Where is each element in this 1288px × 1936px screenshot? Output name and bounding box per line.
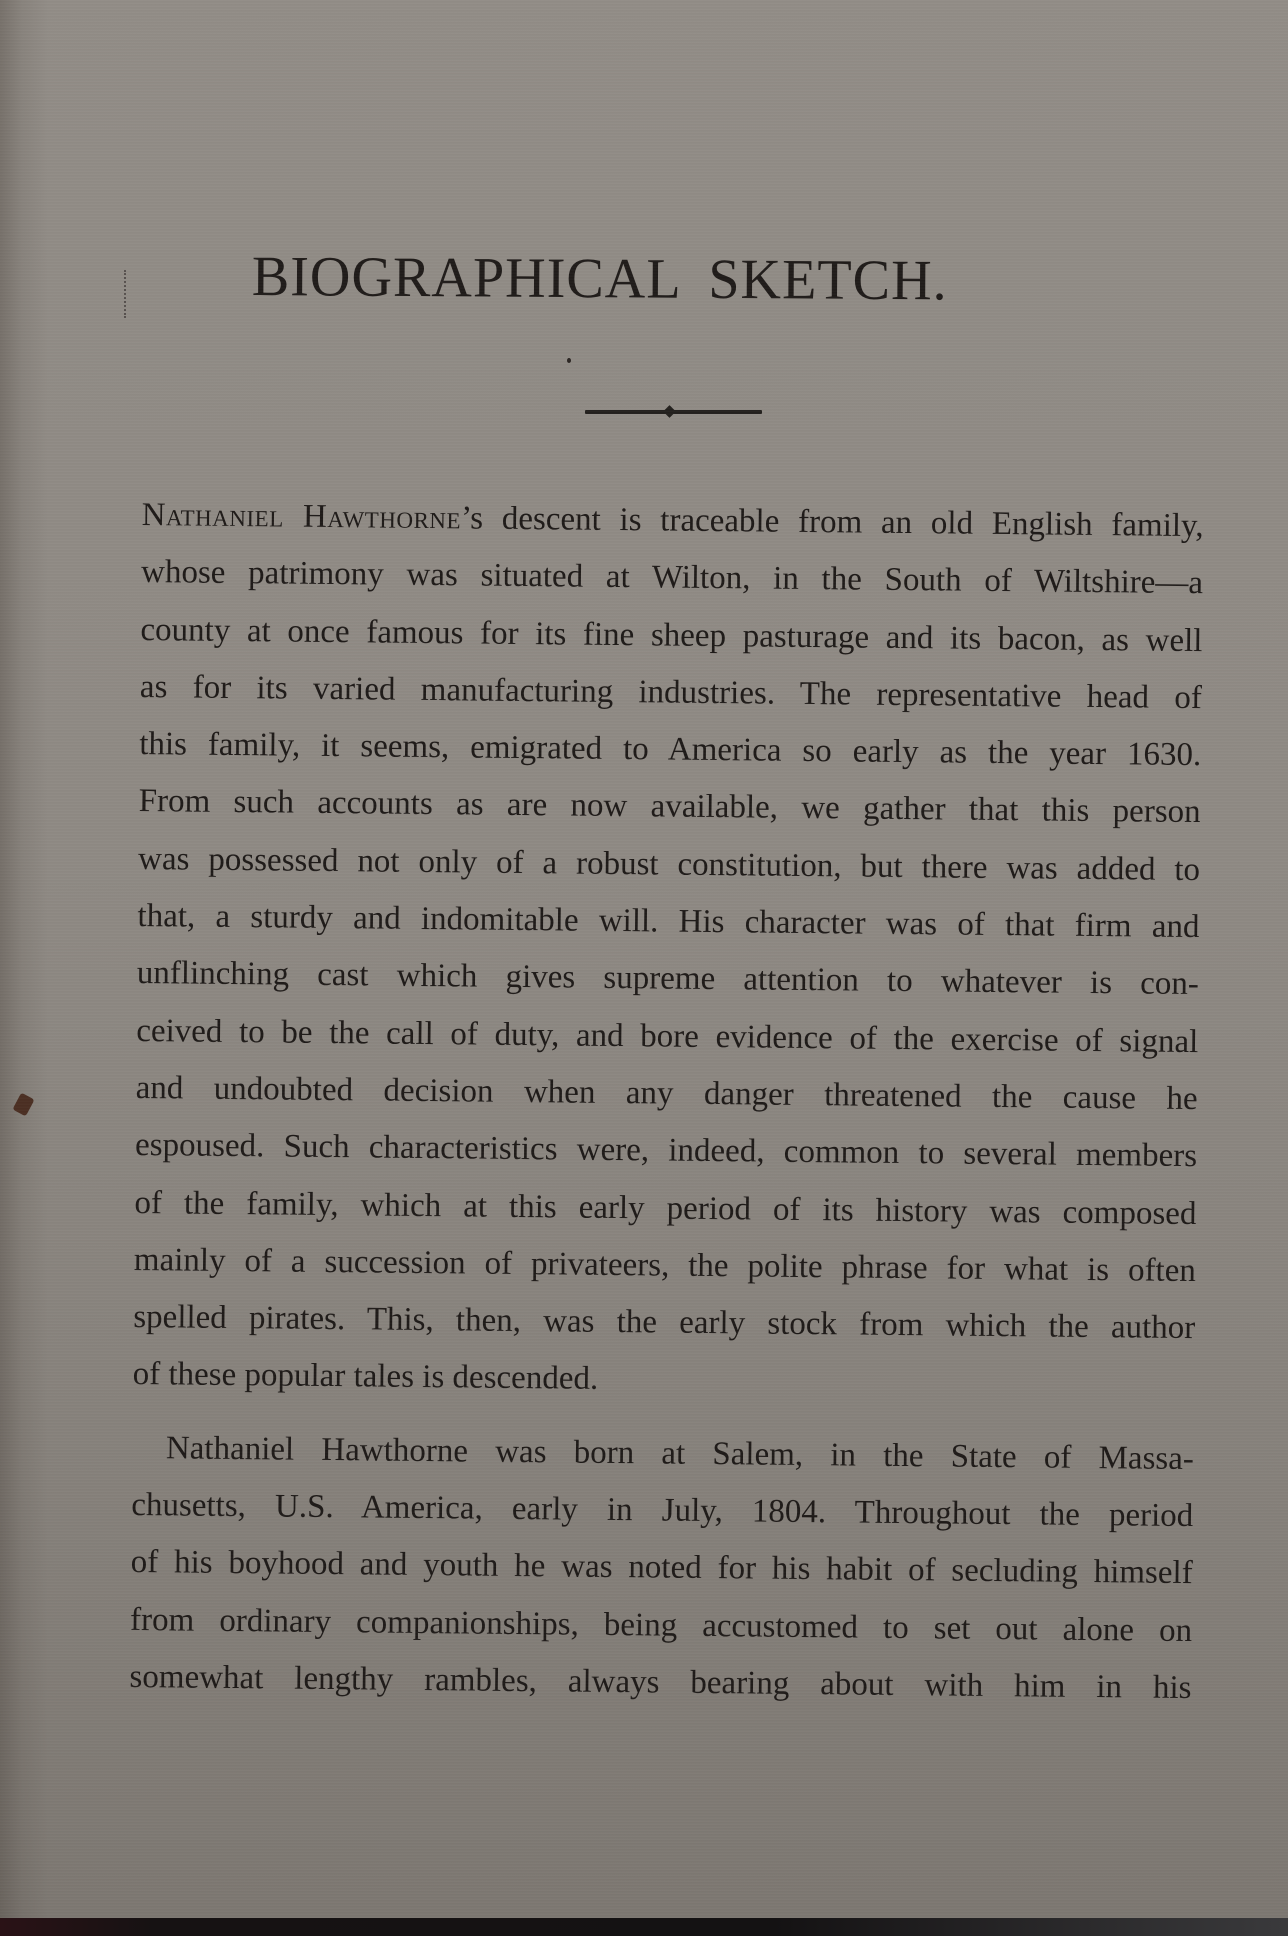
author-name-smallcaps: Nathaniel Hawthorne [142, 497, 462, 536]
text-line: of his boyhood and youth he was noted fo… [130, 1534, 1193, 1602]
book-bottom-edge [0, 1918, 1288, 1936]
book-page: BIOGRAPHICAL SKETCH. Nathaniel Hawthorne… [0, 0, 1288, 1918]
text-line: of these popular tales is descended. [132, 1346, 1195, 1414]
text-line: somewhat lengthy rambles, always bearing… [129, 1649, 1192, 1717]
rule-diamond-icon [663, 405, 676, 418]
ink-blot-mark [12, 1093, 34, 1117]
margin-pencil-marks [124, 270, 128, 318]
paragraph-2: Nathaniel Hawthorne was born at Salem, i… [129, 1420, 1194, 1718]
stray-ink-dot [567, 358, 571, 363]
text-line: whose patrimony was situated at Wilton, … [141, 544, 1204, 612]
text-line: From such accounts as are now available,… [138, 773, 1201, 841]
paragraph-1: Nathaniel Hawthorne’s descent is traceab… [132, 487, 1204, 1415]
text-line: unflinching cast which gives supreme att… [137, 945, 1200, 1013]
body-text: Nathaniel Hawthorne’s descent is traceab… [129, 487, 1204, 1717]
text-line: espoused. Such characteristics were, ind… [135, 1117, 1198, 1185]
page-title: BIOGRAPHICAL SKETCH. [252, 244, 1080, 314]
ornamental-rule-divider [585, 406, 762, 418]
